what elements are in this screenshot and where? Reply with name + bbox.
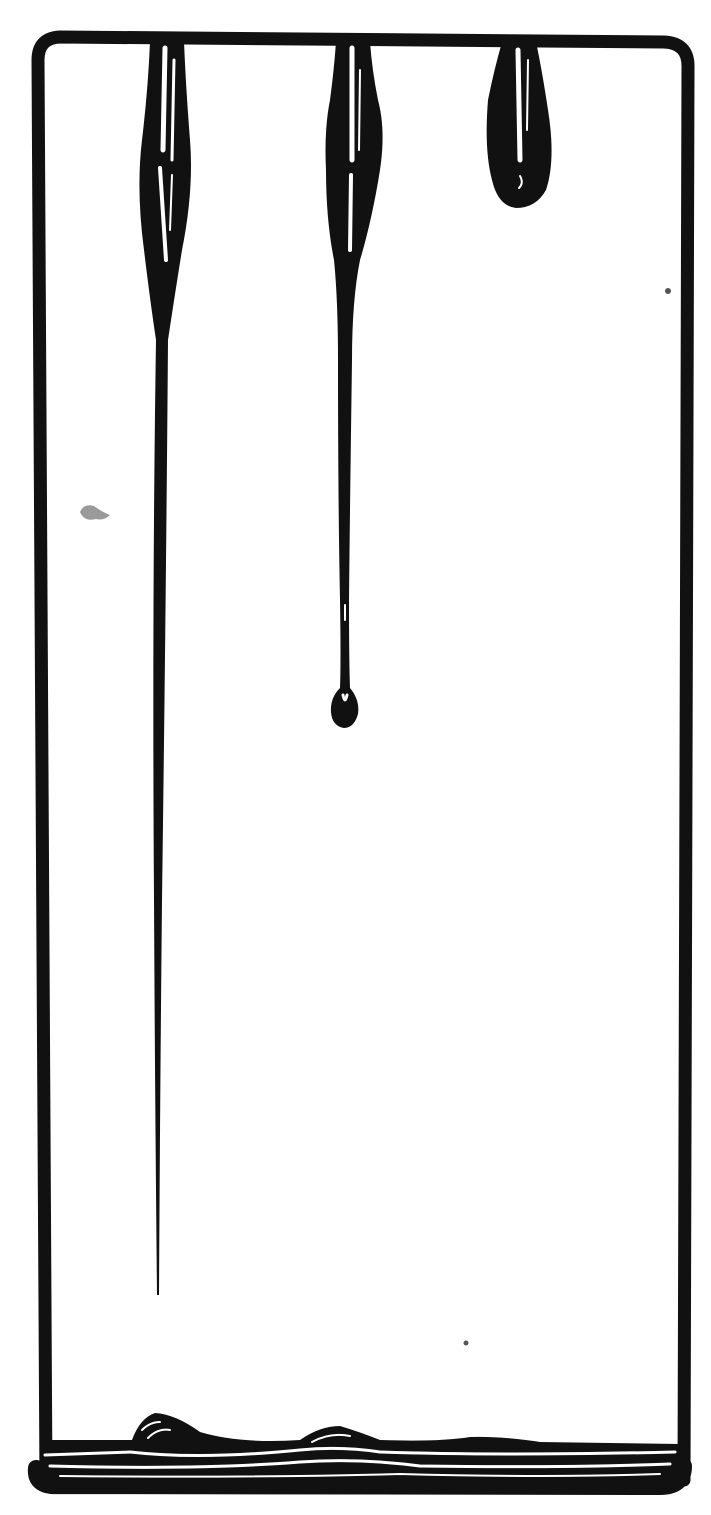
drip-left — [139, 42, 191, 1295]
container-frame — [36, 37, 688, 1487]
drip-illustration — [0, 0, 711, 1515]
drip-middle — [326, 42, 383, 728]
liquid-pool — [40, 1413, 680, 1486]
specks — [80, 288, 671, 1346]
drip-right — [487, 42, 552, 208]
